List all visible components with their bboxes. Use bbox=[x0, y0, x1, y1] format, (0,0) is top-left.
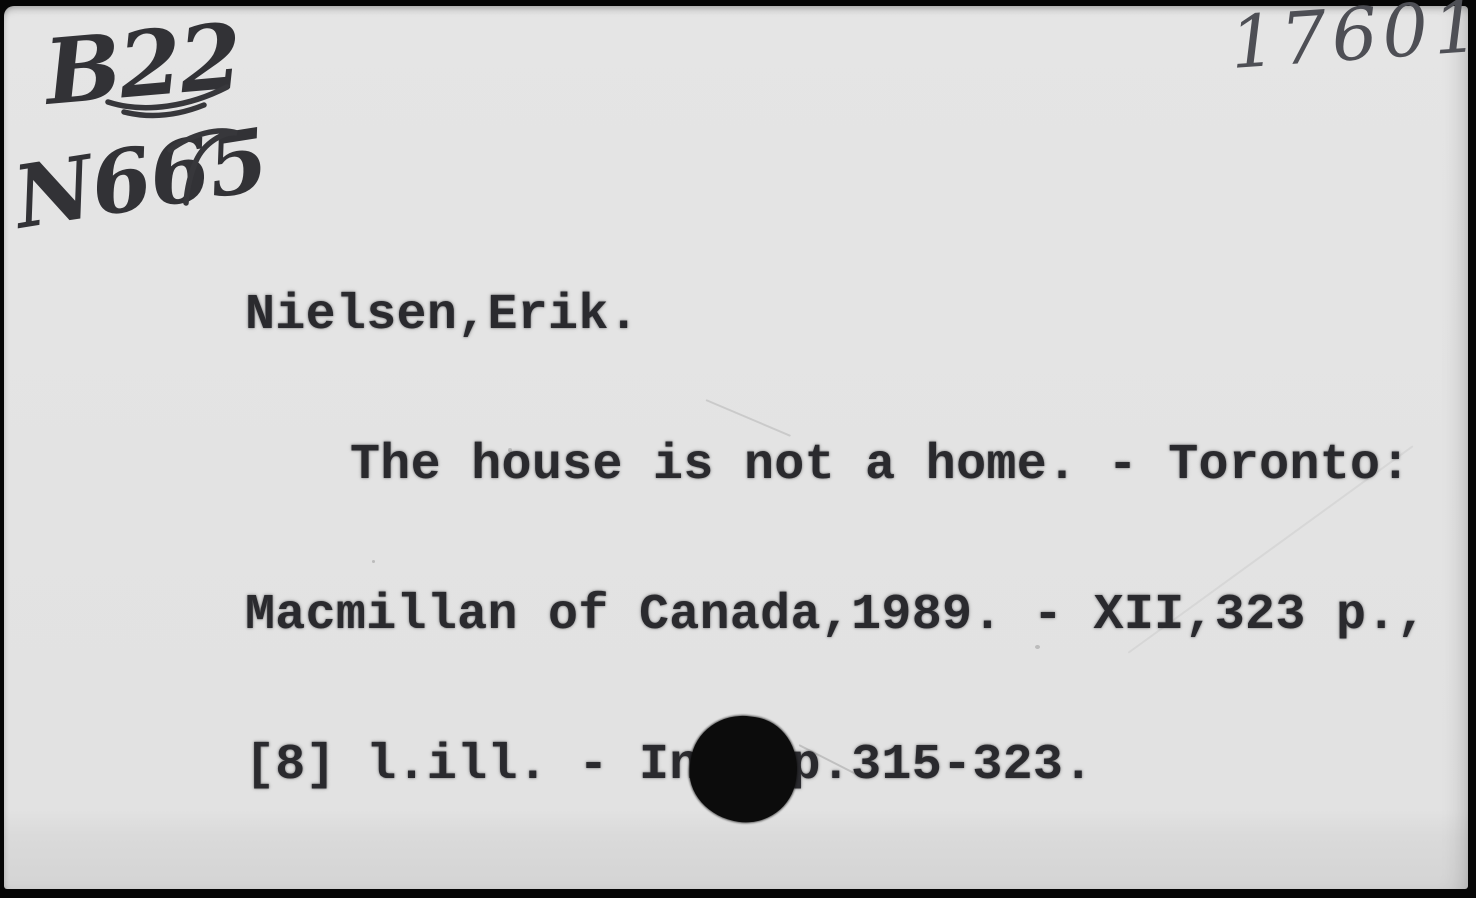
entry-author-line: Nielsen,Erik. bbox=[245, 291, 1427, 341]
paper-speck bbox=[1035, 645, 1040, 649]
entry-collation-line: [8] l.ill. - Ind.:p.315-323. bbox=[245, 741, 1427, 791]
typed-bibliographic-entry: Nielsen,Erik. The house is not a home. -… bbox=[245, 191, 1427, 891]
entry-imprint-line: Macmillan of Canada,1989. - XII,323 p., bbox=[245, 591, 1427, 641]
paper-speck bbox=[508, 448, 512, 452]
scanned-catalog-card-page: Nielsen,Erik. The house is not a home. -… bbox=[0, 0, 1476, 898]
paper-speck bbox=[372, 560, 375, 563]
entry-title-line: The house is not a home. - Toronto: bbox=[245, 441, 1427, 491]
